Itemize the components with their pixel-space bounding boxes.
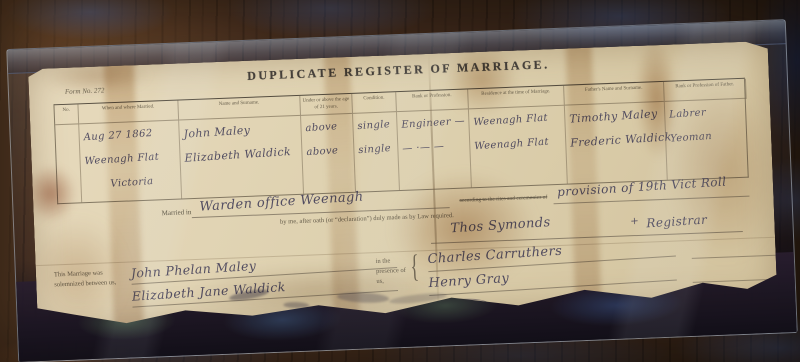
right-rule — [692, 255, 776, 259]
bride-residence: Weenagh Flat — [474, 134, 564, 157]
signature-mark: + — [630, 216, 639, 228]
cell-residences: Weenagh Flat Weenagh Flat — [469, 106, 568, 188]
column-header-age: Under or above the age of 21 years. — [300, 94, 353, 116]
bride-condition: single — [358, 141, 396, 160]
groom-age: above — [305, 118, 351, 138]
column-header-condition: Condition. — [352, 92, 397, 114]
plastic-sleeve: Form No. 272 DUPLICATE REGISTER OF MARRI… — [6, 19, 797, 362]
bride-father: Frederic Waldick — [570, 130, 664, 153]
groom-residence: Weenagh Flat — [473, 110, 563, 133]
cell-no — [55, 124, 82, 203]
cell-ranks: Engineer — — ·— — — [397, 109, 472, 190]
marriage-certificate: Form No. 272 DUPLICATE REGISTER OF MARRI… — [28, 41, 777, 329]
bride-name: Elizabeth Waldick — [184, 144, 300, 168]
solemnized-label: This Marriage was solemnized between us, — [54, 268, 117, 290]
cell-father-ranks: Labrer Yeoman — [665, 99, 750, 180]
bride-rank: — ·— — — [402, 138, 468, 159]
groom-father: Timothy Maley — [569, 106, 663, 129]
cell-conditions: single single — [353, 112, 400, 192]
groom-name: John Maley — [183, 120, 299, 144]
groom-father-rank: Labrer — [669, 103, 746, 125]
entry-date: Aug 27 1862 — [83, 124, 177, 147]
oath-clause: by me, after oath (or “declaration”) dul… — [280, 212, 454, 226]
groom-rank: Engineer — — [401, 114, 467, 135]
column-header-rank: Rank or Profession. — [396, 89, 469, 112]
cell-ages: above above — [301, 114, 356, 194]
brace-glyph: { — [410, 247, 420, 284]
cell-when-where: Aug 27 1862 Weenagh Flat Victoria — [79, 121, 182, 203]
registrar-signature: Thos Symonds — [450, 215, 551, 236]
cell-names: John Maley Elizabeth Waldick — [179, 116, 304, 199]
presence-label: in the presence of us, — [376, 256, 411, 287]
entry-place: Weenagh Flat — [84, 148, 178, 171]
registrar-title: Registrar — [646, 213, 708, 231]
cell-fathers: Timothy Maley Frederic Waldick — [565, 102, 668, 184]
rites-label-struck: according to the rites and ceremonies of — [459, 194, 555, 204]
photo-scene: Form No. 272 DUPLICATE REGISTER OF MARRI… — [0, 0, 800, 362]
bride-father-rank: Yeoman — [670, 127, 747, 149]
groom-condition: single — [357, 117, 395, 136]
entry-colony: Victoria — [85, 172, 179, 195]
column-header-no: No. — [54, 104, 79, 125]
bride-age: above — [306, 142, 352, 162]
married-in-label: Married in — [162, 208, 192, 217]
